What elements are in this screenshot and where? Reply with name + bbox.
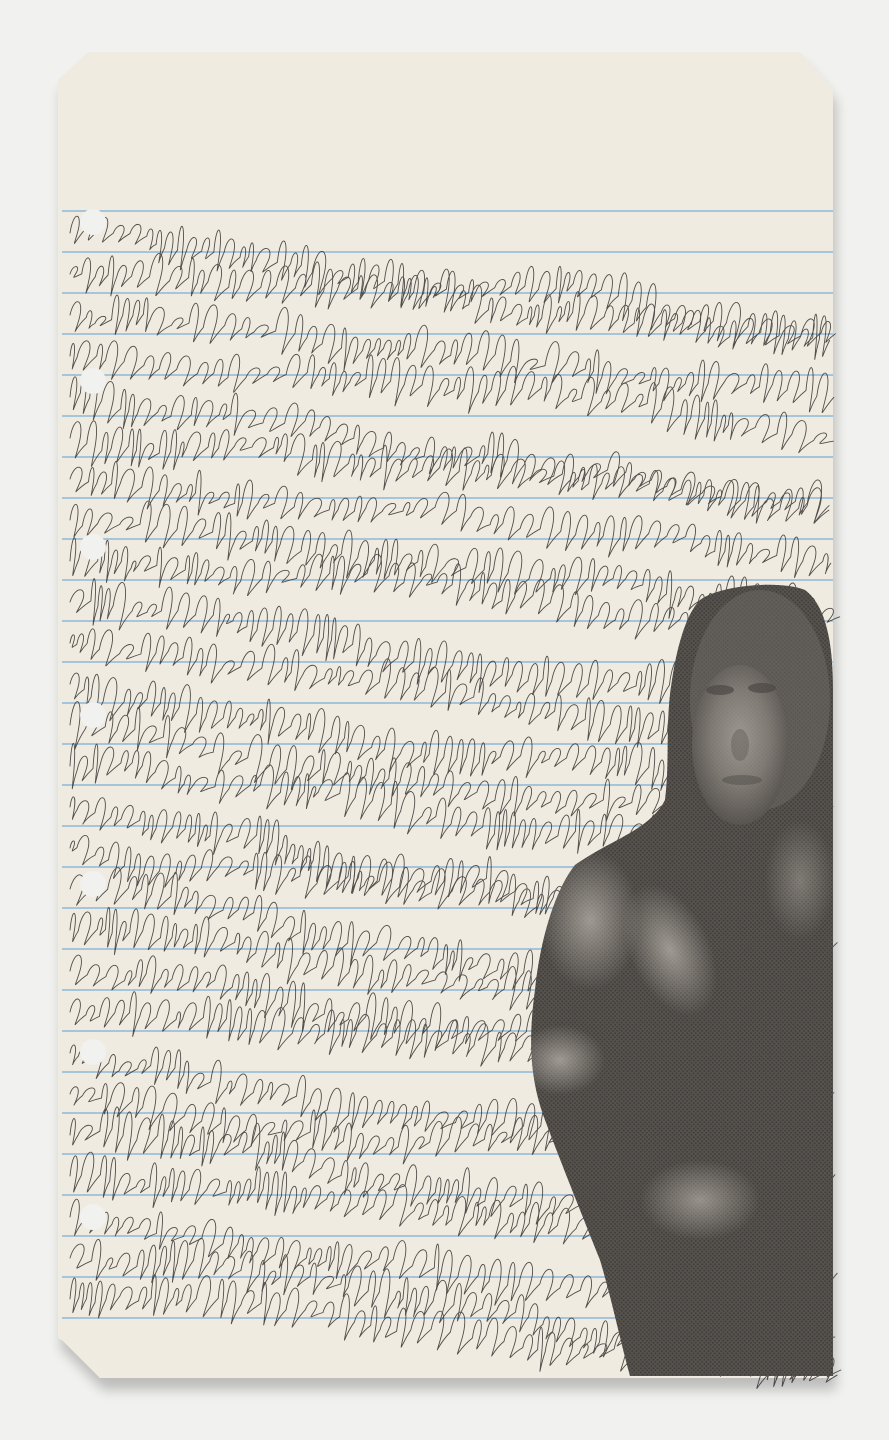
binder-hole	[80, 702, 106, 728]
binder-hole	[80, 368, 106, 394]
collage-artwork	[0, 0, 889, 1440]
artwork-canvas	[0, 0, 889, 1440]
binder-hole	[80, 1039, 106, 1065]
binder-hole	[80, 1204, 106, 1230]
binder-hole	[80, 534, 106, 560]
binder-hole	[80, 209, 106, 235]
binder-hole	[80, 871, 106, 897]
